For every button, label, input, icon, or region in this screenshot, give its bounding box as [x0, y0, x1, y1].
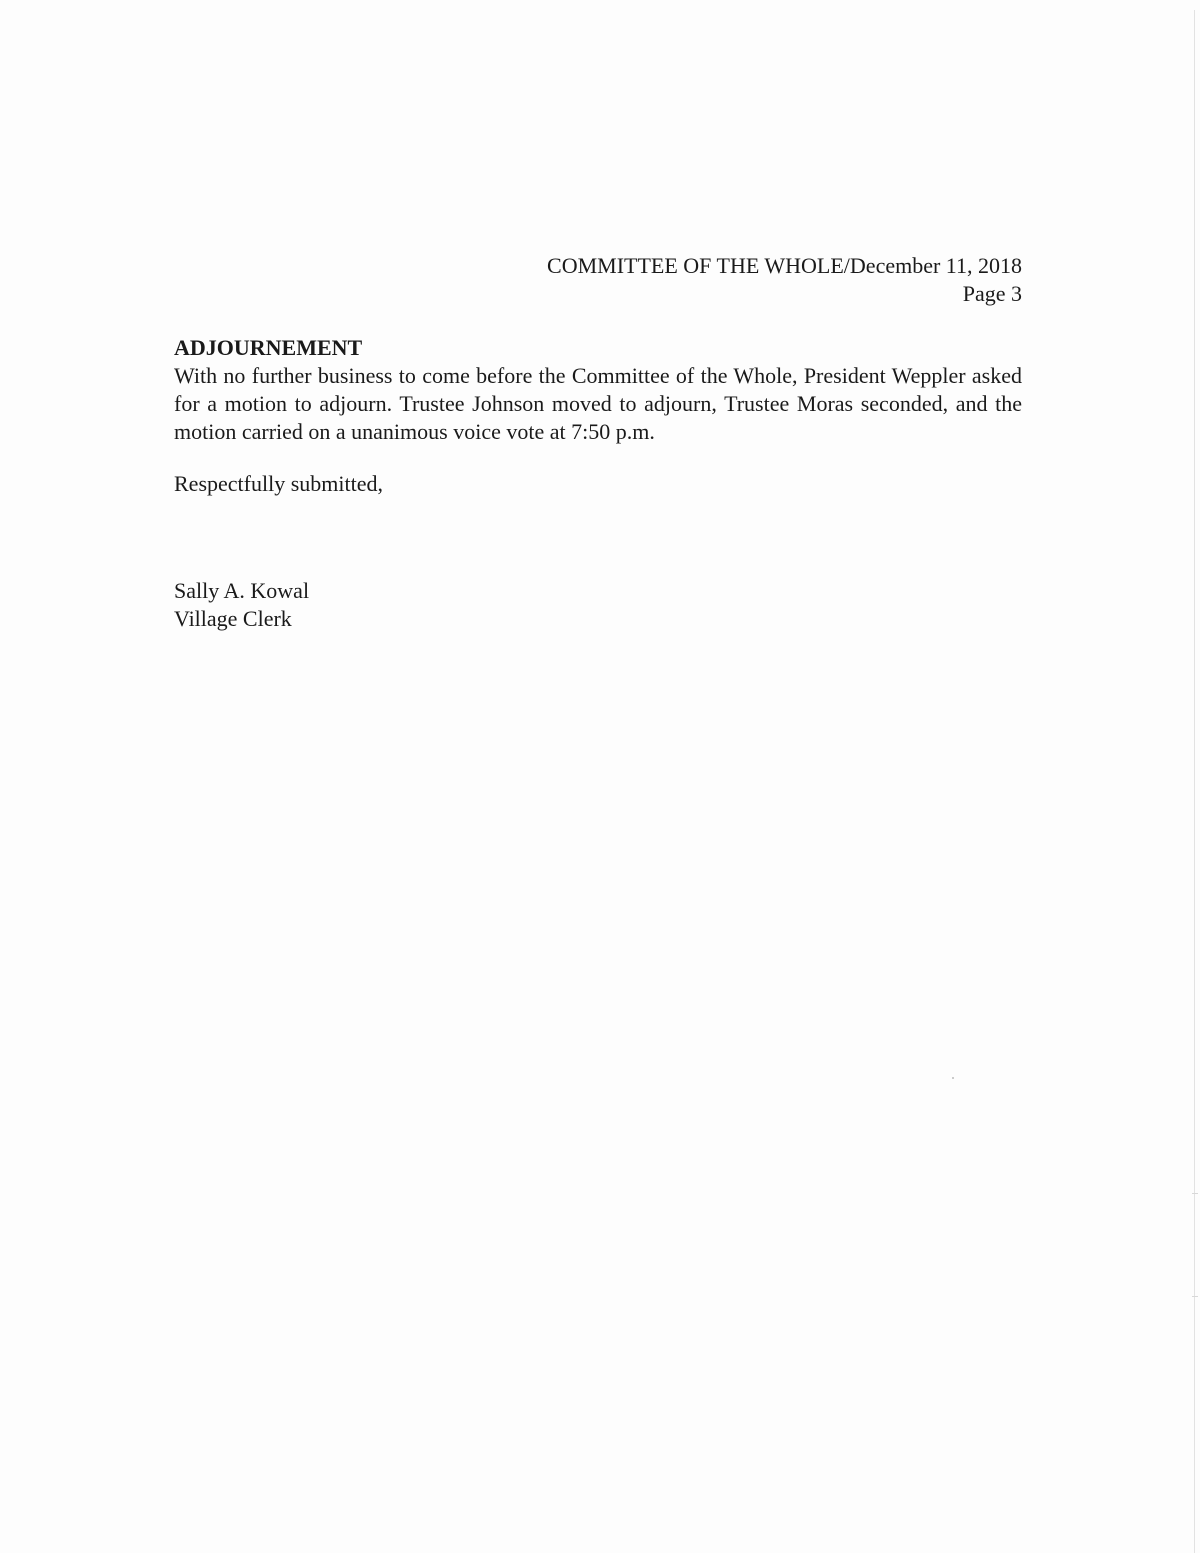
- page-header: COMMITTEE OF THE WHOLE/December 11, 2018…: [547, 252, 1022, 308]
- header-title: COMMITTEE OF THE WHOLE/December 11, 2018: [547, 252, 1022, 280]
- page-edge-tick: [1192, 1296, 1198, 1297]
- closing-line: Respectfully submitted,: [174, 470, 383, 498]
- adjournment-paragraph: With no further business to come before …: [174, 362, 1022, 446]
- page-edge-tick: [1192, 1193, 1198, 1194]
- signer-name: Sally A. Kowal: [174, 577, 309, 605]
- section-heading: ADJOURNEMENT: [174, 334, 362, 362]
- document-page: COMMITTEE OF THE WHOLE/December 11, 2018…: [0, 0, 1200, 1553]
- header-page-number: Page 3: [547, 280, 1022, 308]
- page-edge-line: [1194, 10, 1195, 1553]
- signature-block: Sally A. Kowal Village Clerk: [174, 577, 309, 633]
- scan-speck: [952, 1077, 954, 1079]
- signer-title: Village Clerk: [174, 605, 309, 633]
